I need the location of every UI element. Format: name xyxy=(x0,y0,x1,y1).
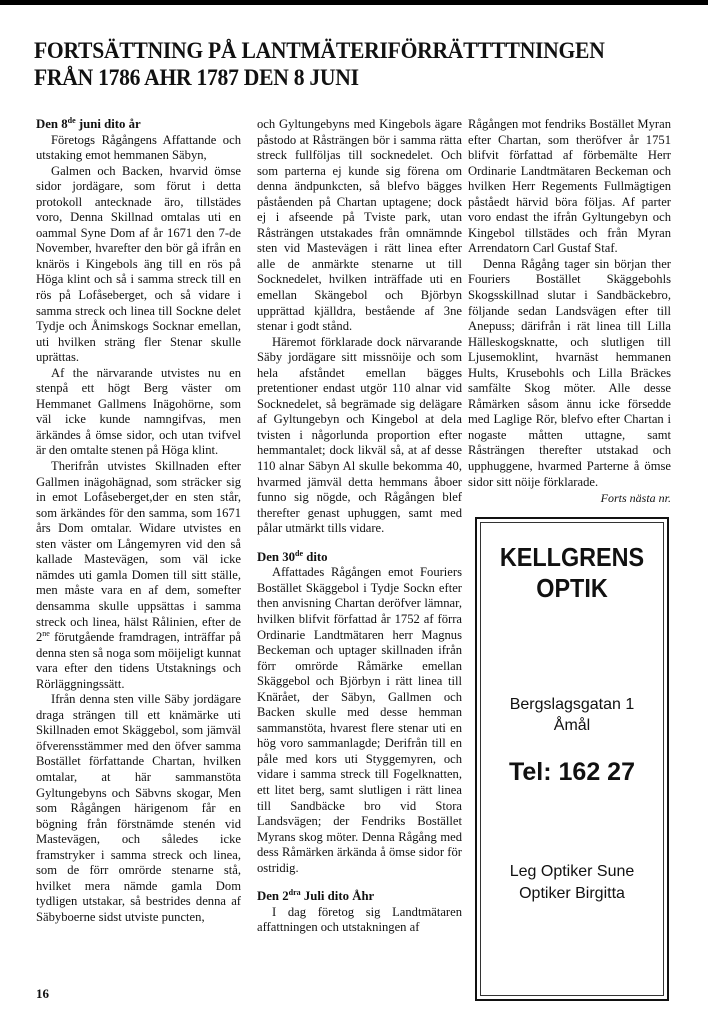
title-line-2: FRÅN 1786 AHR 1787 DEN 8 JUNI xyxy=(34,65,623,92)
ad-address-city: Åmål xyxy=(481,716,663,736)
advertisement-kellgrens-optik: KELLGRENS OPTIK Bergslagsgatan 1 Åmål Te… xyxy=(475,517,669,1001)
article-title: FORTSÄTTNING PÅ LANTMÄTERIFÖRRÄTTTTNINGE… xyxy=(34,38,623,92)
paragraph: Häremot förklarade dock närvarande Säby … xyxy=(257,335,462,537)
ad-name-line-1: KELLGRENS xyxy=(490,542,654,572)
paragraph: Rågången mot fendriks Bostället Myran ef… xyxy=(468,117,671,257)
section-heading-30th: Den 30de dito xyxy=(257,550,462,566)
paragraph: I dag företog sig Landtmätaren affattnin… xyxy=(257,905,462,936)
ad-staff-line-1: Leg Optiker Sune xyxy=(481,862,663,882)
page-number: 16 xyxy=(36,986,49,1002)
section-heading-july-2: Den 2dra Juli dito Åhr xyxy=(257,889,462,905)
section-heading-june-8: Den 8de juni dito år xyxy=(36,117,241,133)
column-3: Rågången mot fendriks Bostället Myran ef… xyxy=(468,117,671,505)
paragraph: Företogs Rågångens Affattande och utstak… xyxy=(36,133,241,164)
column-1: Den 8de juni dito år Företogs Rågångens … xyxy=(36,117,241,925)
paragraph: Ifrån denna sten ville Säby jordägare dr… xyxy=(36,692,241,925)
spacer xyxy=(257,537,462,550)
paragraph: Af the närvarande utvistes nu en stenpå … xyxy=(36,366,241,459)
continued-note: Forts nästa nr. xyxy=(468,491,671,505)
ad-address-street: Bergslagsgatan 1 xyxy=(481,695,663,715)
paragraph: Galmen och Backen, hvarvid ömse sidor jo… xyxy=(36,164,241,366)
ad-name-line-2: OPTIK xyxy=(490,573,654,603)
title-line-1: FORTSÄTTNING PÅ LANTMÄTERIFÖRRÄTTTTNINGE… xyxy=(34,38,623,65)
ad-inner-frame: KELLGRENS OPTIK Bergslagsgatan 1 Åmål Te… xyxy=(480,522,664,996)
ad-staff-line-2: Optiker Birgitta xyxy=(481,884,663,904)
paragraph: Denna Rågång tager sin början ther Fouri… xyxy=(468,257,671,490)
paragraph: och Gyltungebyns med Kingebols ägare pås… xyxy=(257,117,462,335)
column-2: och Gyltungebyns med Kingebols ägare pås… xyxy=(257,117,462,936)
paragraph: Therifrån utvistes Skillnaden efter Gall… xyxy=(36,459,241,692)
paragraph: Affattades Rågången emot Fouriers Bostäl… xyxy=(257,565,462,876)
ad-phone: Tel: 162 27 xyxy=(481,757,663,787)
top-border-bar xyxy=(0,0,708,5)
